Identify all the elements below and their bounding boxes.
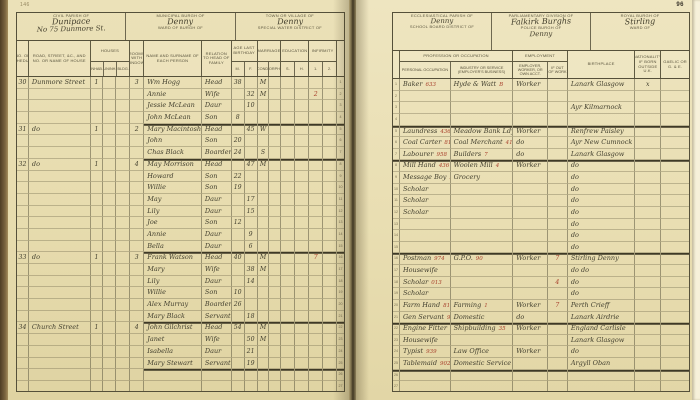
field-label: SCHOOL BOARD DISTRICT OF xyxy=(395,25,489,29)
rooms-cell xyxy=(130,135,144,147)
infirmity-cell xyxy=(309,241,323,253)
line-number: 19 xyxy=(337,287,344,299)
uninhabited-cell xyxy=(103,299,116,311)
condition-cell xyxy=(258,287,270,299)
infirmity-cell xyxy=(323,358,337,370)
table-row: 9 Message Boy930 Grocery do xyxy=(393,172,689,184)
industry-text: Meadow Bank Ldy xyxy=(454,127,514,135)
address-cell xyxy=(29,217,91,229)
education-cell xyxy=(295,229,309,241)
name-cell: Annie xyxy=(144,229,202,241)
infirmity-cell xyxy=(309,100,323,112)
rooms-cell xyxy=(130,276,144,288)
book-fold-gutter xyxy=(349,0,356,400)
schedule-no-cell xyxy=(17,264,29,276)
occupation-cell: Coal Carter811 xyxy=(400,137,451,149)
table-row: Mary Stewart Servant 19 25 xyxy=(17,358,344,370)
nationality-cell xyxy=(635,312,661,324)
birthplace-cell xyxy=(568,91,636,103)
col-road-street: ROAD, STREET, &c., and No. or NAME of HO… xyxy=(29,41,90,76)
inhabited-cell: 1 xyxy=(91,159,104,171)
address-cell xyxy=(29,206,91,218)
gaelic-cell xyxy=(661,370,689,382)
name-cell: Bella xyxy=(144,241,202,253)
table-row: 11 Scholar do xyxy=(393,195,689,207)
col-infirmity-1: 1. xyxy=(309,62,323,76)
col-group-marriage: MARRIAGE Cond. Orph. xyxy=(258,41,282,76)
field-town-village: TOWN OR VILLAGE OF Denny SPECIAL WATER D… xyxy=(236,13,344,40)
table-row: 34 Church Street 1 4 John Gilchrist Head… xyxy=(17,322,344,334)
line-number: 27 xyxy=(337,381,344,391)
industry-cell xyxy=(451,114,514,126)
age-female-cell: 47 xyxy=(245,159,258,171)
occupation-cell: Scholar xyxy=(400,195,451,207)
education-cell xyxy=(295,135,309,147)
table-row: 13 do xyxy=(393,219,689,231)
out-of-work-cell xyxy=(548,219,568,231)
inhabited-cell xyxy=(91,147,104,159)
industry-text: Grocery xyxy=(454,173,480,181)
line-number: 25 xyxy=(393,358,400,370)
industry-code-red: B xyxy=(499,82,503,88)
occupation-text: Coal Carter xyxy=(403,138,441,146)
building-cell xyxy=(116,77,130,89)
occupation-code-red: 013 xyxy=(431,280,442,286)
schedule-no-cell: 31 xyxy=(17,124,29,136)
rooms-cell xyxy=(130,182,144,194)
age-male-cell xyxy=(232,276,245,288)
address-cell xyxy=(29,194,91,206)
industry-cell: Shipbuilding35 xyxy=(451,323,514,335)
gaelic-cell xyxy=(661,288,689,300)
margin-tick xyxy=(694,218,699,230)
education-cell xyxy=(295,381,309,391)
line-number: 17 xyxy=(337,264,344,276)
age-female-cell xyxy=(245,182,258,194)
table-row: Willie Son 10 19 xyxy=(17,287,344,299)
age-female-cell xyxy=(245,369,258,381)
line-number: 1 xyxy=(337,77,344,89)
building-cell xyxy=(116,124,130,136)
orphan-cell xyxy=(269,299,281,311)
nationality-cell xyxy=(635,172,661,184)
infirmity-cell: 7 xyxy=(309,252,323,264)
industry-cell: Woolen Mill4 xyxy=(451,160,514,172)
occupation-cell: Farm Hand811 xyxy=(400,300,451,312)
line-number: 18 xyxy=(393,277,400,289)
occupation-code-red: 939 xyxy=(426,349,437,355)
education-cell xyxy=(281,100,295,112)
table-row: Howard Son 22 9 xyxy=(17,171,344,183)
birthplace-cell: do xyxy=(568,242,636,254)
margin-tick xyxy=(694,194,699,206)
building-cell xyxy=(116,206,130,218)
out-of-work-cell xyxy=(548,91,568,103)
rooms-cell: 3 xyxy=(130,77,144,89)
infirmity-cell xyxy=(309,229,323,241)
line-number: 15 xyxy=(337,241,344,253)
inhabited-cell xyxy=(91,241,104,253)
age-male-cell xyxy=(232,124,245,136)
uninhabited-cell xyxy=(103,182,116,194)
relation-cell: Son xyxy=(202,135,232,147)
rooms-cell xyxy=(130,112,144,124)
age-female-cell: 14 xyxy=(245,276,258,288)
education-cell xyxy=(281,171,295,183)
occupation-text: Typist xyxy=(403,347,423,355)
col-uninhabited: Uninh. xyxy=(104,62,117,76)
out-of-work-cell: 7 xyxy=(548,253,568,265)
line-number: 16 xyxy=(393,253,400,265)
table-row: 31 do 1 2 Mary Macintosh Head 45 W xyxy=(17,124,344,136)
line-number: 2 xyxy=(393,91,400,103)
table-row: 2 xyxy=(393,91,689,103)
nationality-cell xyxy=(635,323,661,335)
industry-cell xyxy=(451,277,514,289)
table-row: May Daur 17 11 xyxy=(17,194,344,206)
line-number: 15 xyxy=(393,242,400,254)
name-cell: Mary Black xyxy=(144,311,202,323)
schedule-no-cell xyxy=(17,381,29,391)
col-education-label: EDUCATION xyxy=(281,41,308,61)
age-male-cell: 10 xyxy=(232,287,245,299)
nationality-cell xyxy=(635,230,661,242)
address-cell xyxy=(29,299,91,311)
education-cell xyxy=(281,241,295,253)
industry-text: G.P.O. xyxy=(454,254,473,262)
infirmity-cell xyxy=(323,334,337,346)
birthplace-cell: Lanark Airdrie xyxy=(568,312,636,324)
occupation-cell: Labourer958 xyxy=(400,149,451,161)
education-cell xyxy=(295,206,309,218)
gaelic-cell xyxy=(661,91,689,103)
employment-cell xyxy=(513,114,548,126)
line-number: 20 xyxy=(337,299,344,311)
rooms-cell xyxy=(130,89,144,101)
birthplace-cell: do xyxy=(568,184,636,196)
uninhabited-cell xyxy=(103,100,116,112)
col-employer-worker: Employer, Worker, or Own Acct. xyxy=(513,62,548,78)
condition-cell xyxy=(258,206,270,218)
occupation-cell: Gen Servant900 xyxy=(400,312,451,324)
education-cell xyxy=(281,358,295,370)
uninhabited-cell xyxy=(103,217,116,229)
condition-cell xyxy=(258,241,270,253)
occupation-text: Labourer xyxy=(403,150,434,158)
out-of-work-cell xyxy=(548,358,568,370)
nationality-cell xyxy=(635,137,661,149)
col-building: Bldg. xyxy=(117,62,129,76)
rooms-cell xyxy=(130,264,144,276)
address-cell: Church Street xyxy=(29,322,91,334)
address-cell xyxy=(29,182,91,194)
nationality-cell xyxy=(635,114,661,126)
gaelic-cell xyxy=(661,149,689,161)
industry-text: Domestic xyxy=(454,313,485,321)
orphan-cell xyxy=(269,241,281,253)
schedule-no-cell xyxy=(17,299,29,311)
nationality-cell: x xyxy=(635,79,661,91)
occupation-cell xyxy=(400,114,451,126)
margin-tick xyxy=(694,125,699,137)
margin-tick xyxy=(694,159,699,171)
age-female-cell: 32 xyxy=(245,89,258,101)
gaelic-cell xyxy=(661,323,689,335)
condition-cell xyxy=(258,171,270,183)
uninhabited-cell xyxy=(103,264,116,276)
rooms-cell xyxy=(130,381,144,391)
table-row: 14 do xyxy=(393,230,689,242)
education-cell xyxy=(295,346,309,358)
col-group-houses: HOUSES Inhab. Uninh. Bldg. xyxy=(91,41,131,76)
address-cell xyxy=(29,112,91,124)
industry-cell: G.P.O.90 xyxy=(451,253,514,265)
industry-cell xyxy=(451,265,514,277)
infirmity-cell xyxy=(323,217,337,229)
infirmity-cell xyxy=(323,124,337,136)
name-cell: May xyxy=(144,194,202,206)
relation-cell: Head xyxy=(202,124,232,136)
occupation-text: Housewife xyxy=(403,266,438,274)
name-cell: John Gilchrist xyxy=(144,322,202,334)
book-spine-edge xyxy=(0,0,8,400)
nationality-cell xyxy=(635,102,661,114)
industry-cell xyxy=(451,219,514,231)
table-row: 20 Farm Hand811 Farming1 Worker 7 Perth … xyxy=(393,300,689,312)
infirmity-cell xyxy=(309,182,323,194)
inhabited-cell xyxy=(91,217,104,229)
birthplace-cell: do xyxy=(568,288,636,300)
education-cell xyxy=(295,311,309,323)
table-row: Joe Son 12 13 xyxy=(17,217,344,229)
line-number: 11 xyxy=(337,194,344,206)
birthplace-cell: do xyxy=(568,172,636,184)
margin-tick xyxy=(694,90,699,102)
building-cell xyxy=(116,147,130,159)
education-cell xyxy=(295,77,309,89)
education-cell xyxy=(281,334,295,346)
infirmity-cell xyxy=(323,194,337,206)
rooms-cell xyxy=(130,147,144,159)
education-cell xyxy=(281,124,295,136)
gaelic-cell xyxy=(661,253,689,265)
employment-cell xyxy=(513,102,548,114)
uninhabited-cell xyxy=(103,77,116,89)
infirmity-cell xyxy=(323,346,337,358)
age-male-cell xyxy=(232,159,245,171)
building-cell xyxy=(116,369,130,381)
col-rooms: Rooms with Windows xyxy=(130,41,143,76)
schedule-no-cell: 34 xyxy=(17,322,29,334)
table-row: 15 do xyxy=(393,242,689,254)
industry-code-red: 1 xyxy=(484,303,488,309)
industry-cell xyxy=(451,195,514,207)
orphan-cell xyxy=(269,311,281,323)
age-female-cell: 21 xyxy=(245,346,258,358)
rooms-cell xyxy=(130,217,144,229)
condition-cell xyxy=(258,135,270,147)
nationality-cell xyxy=(635,300,661,312)
education-cell xyxy=(281,381,295,391)
inhabited-cell xyxy=(91,381,104,391)
occupation-cell xyxy=(400,102,451,114)
col-schedule-no: No. of Schedule xyxy=(17,41,28,76)
education-cell xyxy=(281,346,295,358)
infirmity-cell xyxy=(323,171,337,183)
occupation-text: Laundress xyxy=(403,127,437,135)
condition-cell xyxy=(258,381,270,391)
industry-text: Law Office xyxy=(454,347,489,355)
line-number: 11 xyxy=(393,195,400,207)
industry-cell xyxy=(451,242,514,254)
margin-tick xyxy=(694,334,699,346)
occupation-cell xyxy=(400,91,451,103)
line-number: 14 xyxy=(337,229,344,241)
age-female-cell: 10 xyxy=(245,100,258,112)
inhabited-cell xyxy=(91,334,104,346)
condition-cell xyxy=(258,194,270,206)
condition-cell: M xyxy=(258,334,270,346)
birthplace-cell: Stirling Denny xyxy=(568,253,636,265)
nationality-cell xyxy=(635,335,661,347)
industry-cell: Meadow Bank LdyB xyxy=(451,126,514,138)
orphan-cell xyxy=(269,276,281,288)
out-of-work-cell xyxy=(548,160,568,172)
industry-code-red: 4 xyxy=(496,163,500,169)
age-female-cell xyxy=(245,171,258,183)
out-of-work-cell xyxy=(548,172,568,184)
name-cell: Isabella xyxy=(144,346,202,358)
out-of-work-cell xyxy=(548,288,568,300)
margin-tick xyxy=(694,311,699,323)
out-of-work-cell xyxy=(548,149,568,161)
education-cell xyxy=(281,311,295,323)
inhabited-cell xyxy=(91,182,104,194)
birthplace-cell: do do xyxy=(568,265,636,277)
inhabited-cell: 1 xyxy=(91,322,104,334)
infirmity-cell xyxy=(309,346,323,358)
gaelic-cell xyxy=(661,79,689,91)
industry-cell: Law Office xyxy=(451,346,514,358)
uninhabited-cell xyxy=(103,241,116,253)
line-number: 10 xyxy=(337,182,344,194)
margin-tick xyxy=(694,276,699,288)
occupation-code-red: 974 xyxy=(434,256,445,262)
employment-cell: do xyxy=(513,312,548,324)
table-row: John Son 20 6 xyxy=(17,135,344,147)
condition-cell: M xyxy=(258,77,270,89)
table-row: Lily Daur 15 12 xyxy=(17,206,344,218)
age-female-cell xyxy=(245,77,258,89)
schedule-no-cell xyxy=(17,334,29,346)
out-of-work-cell xyxy=(548,184,568,196)
line-number: 12 xyxy=(393,207,400,219)
name-cell xyxy=(144,381,202,391)
building-cell xyxy=(116,381,130,391)
age-female-cell xyxy=(245,252,258,264)
uninhabited-cell xyxy=(103,322,116,334)
age-male-cell: 54 xyxy=(232,322,245,334)
age-female-cell xyxy=(245,112,258,124)
occupation-cell: Laundress436 xyxy=(400,126,451,138)
table-row: 6 Coal Carter811 Coal Merchant41 do Ayr … xyxy=(393,137,689,149)
age-female-cell: 19 xyxy=(245,358,258,370)
line-number: 7 xyxy=(337,147,344,159)
infirmity-cell xyxy=(323,241,337,253)
gaelic-cell xyxy=(661,265,689,277)
birthplace-cell: Lanark Glasgow xyxy=(568,79,636,91)
infirmity-cell xyxy=(323,276,337,288)
education-cell xyxy=(281,77,295,89)
relation-cell: Daur xyxy=(202,276,232,288)
line-number: 23 xyxy=(337,334,344,346)
name-cell: Lily xyxy=(144,276,202,288)
out-of-work-cell xyxy=(548,102,568,114)
line-number: 21 xyxy=(337,311,344,323)
orphan-cell xyxy=(269,159,281,171)
table-row: Isabella Daur 21 24 xyxy=(17,346,344,358)
relation-cell: Daur xyxy=(202,241,232,253)
occupation-cell: Typist939 xyxy=(400,346,451,358)
rooms-cell xyxy=(130,206,144,218)
occupation-cell: Message Boy930 xyxy=(400,172,451,184)
table-row: Mary Wife 38 M 17 xyxy=(17,264,344,276)
table-row: John McLean Son 8 4 xyxy=(17,112,344,124)
schedule-no-cell xyxy=(17,346,29,358)
gaelic-cell xyxy=(661,126,689,138)
line-number: 6 xyxy=(337,135,344,147)
nationality-cell xyxy=(635,149,661,161)
gaelic-cell xyxy=(661,335,689,347)
name-cell: Joe xyxy=(144,217,202,229)
out-of-work-cell xyxy=(548,346,568,358)
uninhabited-cell xyxy=(103,369,116,381)
infirmity-cell xyxy=(309,147,323,159)
age-female-cell: 50 xyxy=(245,334,258,346)
age-male-cell xyxy=(232,241,245,253)
margin-tick xyxy=(694,148,699,160)
building-cell xyxy=(116,334,130,346)
age-female-cell: 6 xyxy=(245,241,258,253)
col-orphan: Orph. xyxy=(269,62,280,76)
line-number: 8 xyxy=(337,159,344,171)
nationality-cell xyxy=(635,242,661,254)
industry-cell xyxy=(451,102,514,114)
uninhabited-cell xyxy=(103,381,116,391)
age-male-cell xyxy=(232,369,245,381)
birthplace-cell: do xyxy=(568,219,636,231)
inhabited-cell: 1 xyxy=(91,77,104,89)
employment-cell xyxy=(513,335,548,347)
out-of-work-cell xyxy=(548,323,568,335)
nationality-cell xyxy=(635,346,661,358)
occupation-code-red: 811 xyxy=(443,303,450,309)
occupation-cell xyxy=(400,381,451,391)
employment-cell xyxy=(513,265,548,277)
industry-code-red: 41 xyxy=(506,140,513,146)
line-number: 18 xyxy=(337,276,344,288)
building-cell xyxy=(116,346,130,358)
line-number: 6 xyxy=(393,137,400,149)
infirmity-cell xyxy=(309,381,323,391)
uninhabited-cell xyxy=(103,311,116,323)
condition-cell: M xyxy=(258,89,270,101)
industry-text: Coal Merchant xyxy=(454,138,503,146)
relation-cell: Son xyxy=(202,112,232,124)
uninhabited-cell xyxy=(103,358,116,370)
education-cell xyxy=(281,252,295,264)
inhabited-cell xyxy=(91,89,104,101)
